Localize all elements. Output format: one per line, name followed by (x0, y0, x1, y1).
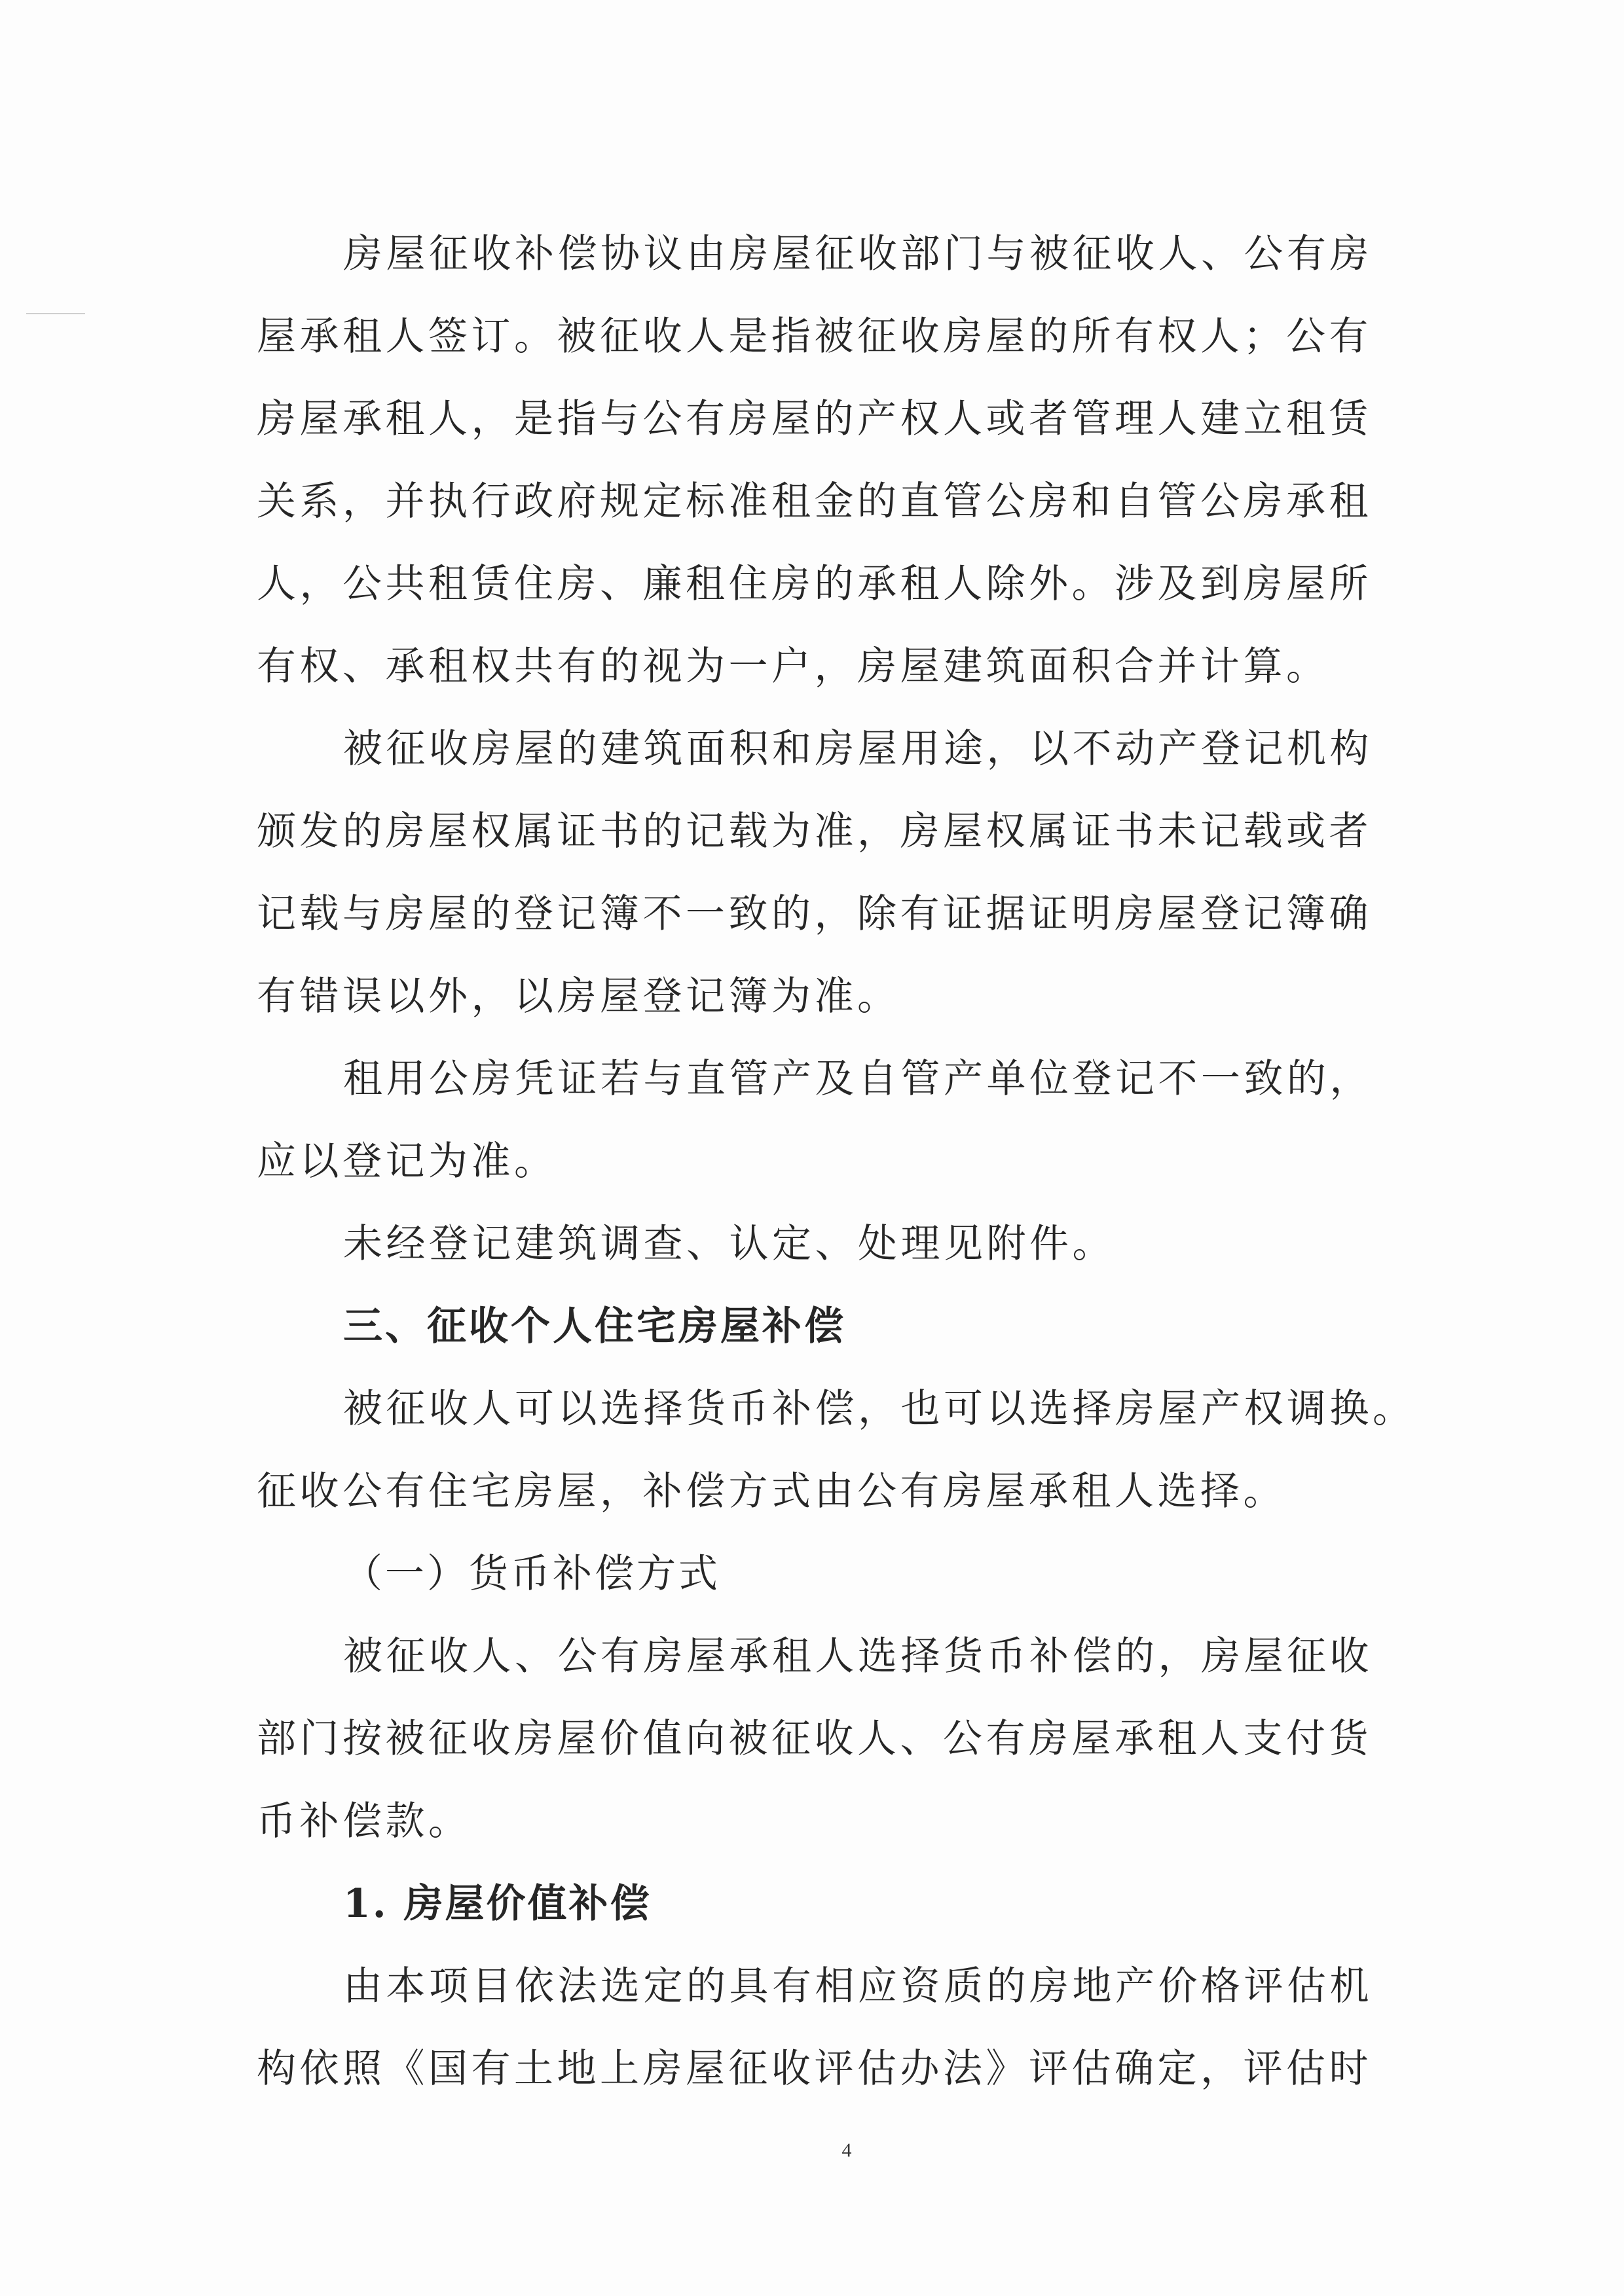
paragraph-unregistered-buildings: 未经登记建筑调查、认定、处理见附件。 (257, 1223, 1390, 1305)
paragraph-value-assessment: 由本项目依法选定的具有相应资质的房地产价格评估机 构依照《国有土地上房屋征收评估… (257, 1965, 1390, 2130)
text-line: 部门按被征收房屋价值向被征收人、公有房屋承租人支付货 (257, 1718, 1390, 1800)
text-line: 构依照《国有土地上房屋征收评估办法》评估确定，评估时 (257, 2048, 1390, 2130)
text-line: 被征收房屋的建筑面积和房屋用途，以不动产登记机构 (257, 728, 1390, 811)
text-line: 币补偿款。 (257, 1800, 1390, 1883)
page-number: 4 (837, 2140, 857, 2162)
section-heading: 三、征收个人住宅房屋补偿 (257, 1305, 1390, 1388)
text-line: 颁发的房屋权属证书的记载为准，房屋权属证书未记载或者 (257, 811, 1390, 893)
text-line: 记载与房屋的登记簿不一致的，除有证据证明房屋登记簿确 (257, 893, 1390, 975)
text-line: 房屋征收补偿协议由房屋征收部门与被征收人、公有房 (257, 233, 1390, 316)
text-line: 房屋承租人，是指与公有房屋的产权人或者管理人建立租赁 (257, 398, 1390, 481)
sub-heading-text: （一）货币补偿方式 (257, 1553, 1390, 1635)
section-heading-text: 三、征收个人住宅房屋补偿 (257, 1305, 1390, 1388)
text-line: 关系，并执行政府规定标准租金的直管公房和自管公房承租 (257, 481, 1390, 563)
text-line: 被征收人可以选择货币补偿，也可以选择房屋产权调换。 (257, 1388, 1390, 1470)
paragraph-agreement-parties: 房屋征收补偿协议由房屋征收部门与被征收人、公有房 屋承租人签订。被征收人是指被征… (257, 233, 1390, 728)
paragraph-compensation-choice: 被征收人可以选择货币补偿，也可以选择房屋产权调换。 征收公有住宅房屋，补偿方式由… (257, 1388, 1390, 1553)
numbered-heading: 1. 房屋价值补偿 (257, 1883, 1390, 1965)
text-line: 被征收人、公有房屋承租人选择货币补偿的，房屋征收 (257, 1635, 1390, 1718)
text-line: 征收公有住宅房屋，补偿方式由公有房屋承租人选择。 (257, 1470, 1390, 1553)
text-line: 人，公共租赁住房、廉租住房的承租人除外。涉及到房屋所 (257, 563, 1390, 646)
paragraph-monetary-compensation: 被征收人、公有房屋承租人选择货币补偿的，房屋征收 部门按被征收房屋价值向被征收人… (257, 1635, 1390, 1883)
text-line: 由本项目依法选定的具有相应资质的房地产价格评估机 (257, 1965, 1390, 2048)
paragraph-rental-certificate: 租用公房凭证若与直管产及自管产单位登记不一致的， 应以登记为准。 (257, 1058, 1390, 1223)
text-line: 应以登记为准。 (257, 1140, 1390, 1223)
margin-mark (26, 313, 85, 314)
paragraph-building-area: 被征收房屋的建筑面积和房屋用途，以不动产登记机构 颁发的房屋权属证书的记载为准，… (257, 728, 1390, 1058)
text-line: 屋承租人签订。被征收人是指被征收房屋的所有权人；公有 (257, 316, 1390, 398)
text-line: 租用公房凭证若与直管产及自管产单位登记不一致的， (257, 1058, 1390, 1140)
document-body: 房屋征收补偿协议由房屋征收部门与被征收人、公有房 屋承租人签订。被征收人是指被征… (257, 233, 1390, 2130)
document-page: 房屋征收补偿协议由房屋征收部门与被征收人、公有房 屋承租人签订。被征收人是指被征… (0, 0, 1624, 2296)
numbered-heading-text: 1. 房屋价值补偿 (257, 1883, 1390, 1965)
text-line: 有错误以外，以房屋登记簿为准。 (257, 975, 1390, 1058)
text-line: 未经登记建筑调查、认定、处理见附件。 (257, 1223, 1390, 1305)
sub-heading: （一）货币补偿方式 (257, 1553, 1390, 1635)
text-line: 有权、承租权共有的视为一户，房屋建筑面积合并计算。 (257, 646, 1390, 728)
